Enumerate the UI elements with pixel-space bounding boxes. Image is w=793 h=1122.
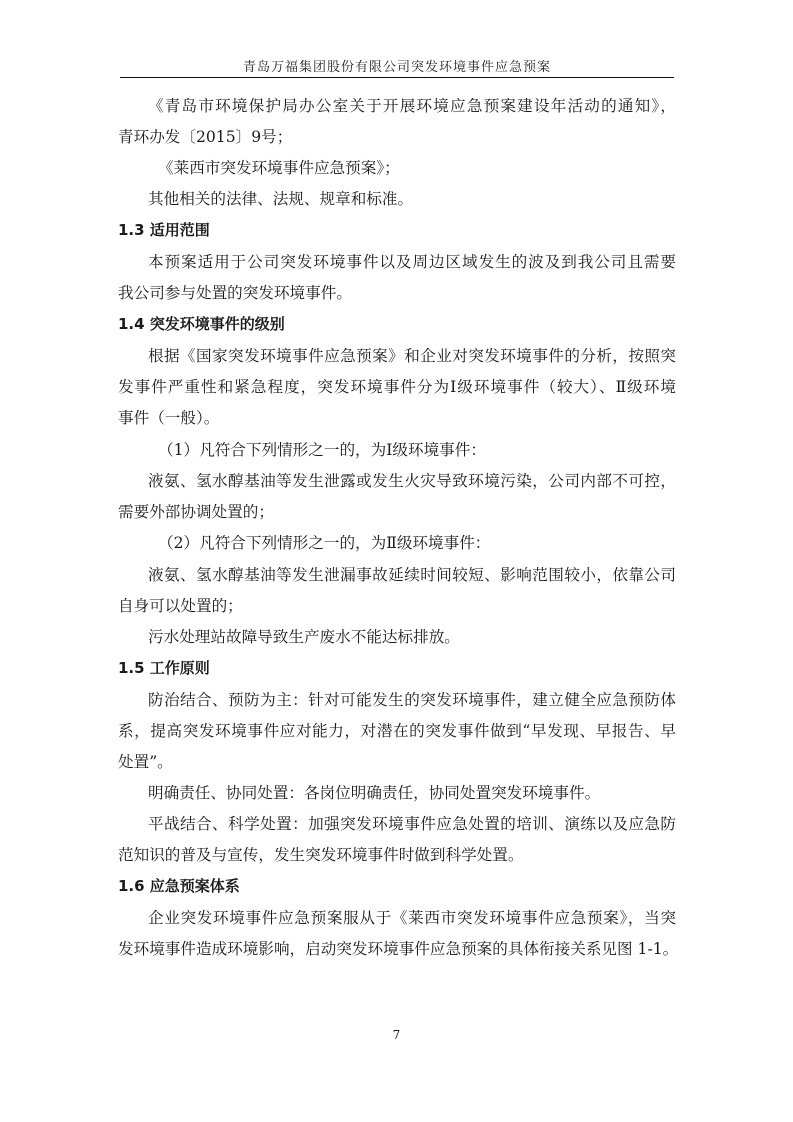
header-rule xyxy=(120,77,674,78)
paragraph-line: 系，提高突发环境事件应对能力，对潜在的突发事件做到“早发现、早报告、早 xyxy=(118,720,676,742)
list-item-title: （2）凡符合下列情形之一的，为Ⅱ级环境事件： xyxy=(158,532,676,554)
reference-line: 《青岛市环境保护局办公室关于开展环境应急预案建设年活动的通知》， xyxy=(148,95,676,117)
paragraph-line: 液氨、氢水醇基油等发生泄露或发生火灾导致环境污染，公司内部不可控， xyxy=(148,470,676,492)
list-item-title: （1）凡符合下列情形之一的，为Ⅰ级环境事件： xyxy=(158,439,676,461)
paragraph-line: 事件（一般）。 xyxy=(118,407,676,429)
paragraph-line: 自身可以处置的； xyxy=(118,595,676,617)
paragraph-line: 污水处理站故障导致生产废水不能达标排放。 xyxy=(148,626,676,648)
paragraph-line: 液氨、氢水醇基油等发生泄漏事故延续时间较短、影响范围较小，依靠公司 xyxy=(148,564,676,586)
paragraph-line: 防治结合、预防为主：针对可能发生的突发环境事件，建立健全应急预防体 xyxy=(148,689,676,711)
paragraph-line: 需要外部协调处置的； xyxy=(118,501,676,523)
reference-line: 《莱西市突发环境事件应急预案》； xyxy=(158,157,676,179)
paragraph-line: 发环境事件造成环境影响，启动突发环境事件应急预案的具体衔接关系见图 1-1。 xyxy=(118,938,676,960)
paragraph-line: 我公司参与处置的突发环境事件。 xyxy=(118,282,676,304)
section-heading-1-5: 1.5 工作原则 xyxy=(118,657,676,679)
paragraph-line: 平战结合、科学处置：加强突发环境事件应急处置的培训、演练以及应急防 xyxy=(148,813,676,835)
paragraph-line: 根据《国家突发环境事件应急预案》和企业对突发环境事件的分析，按照突 xyxy=(148,345,676,367)
paragraph-line: 范知识的普及与宣传，发生突发环境事件时做到科学处置。 xyxy=(118,844,676,866)
reference-line: 青环办发〔2015〕9号； xyxy=(118,126,676,148)
paragraph-line: 处置”。 xyxy=(118,751,676,773)
reference-line: 其他相关的法律、法规、规章和标准。 xyxy=(148,188,676,210)
paragraph-line: 企业突发环境事件应急预案服从于《莱西市突发环境事件应急预案》，当突 xyxy=(148,907,676,929)
paragraph-line: 本预案适用于公司突发环境事件以及周边区域发生的波及到我公司且需要 xyxy=(148,251,676,273)
page-header: 青岛万福集团股份有限公司突发环境事件应急预案 xyxy=(120,56,674,76)
section-heading-1-3: 1.3 适用范围 xyxy=(118,219,676,241)
section-heading-1-4: 1.4 突发环境事件的级别 xyxy=(118,313,676,335)
section-heading-1-6: 1.6 应急预案体系 xyxy=(118,875,676,897)
paragraph-line: 发事件严重性和紧急程度，突发环境事件分为Ⅰ级环境事件（较大）、Ⅱ级环境 xyxy=(118,376,676,398)
page-number: 7 xyxy=(0,1028,793,1042)
paragraph-line: 明确责任、协同处置：各岗位明确责任，协同处置突发环境事件。 xyxy=(148,782,676,804)
